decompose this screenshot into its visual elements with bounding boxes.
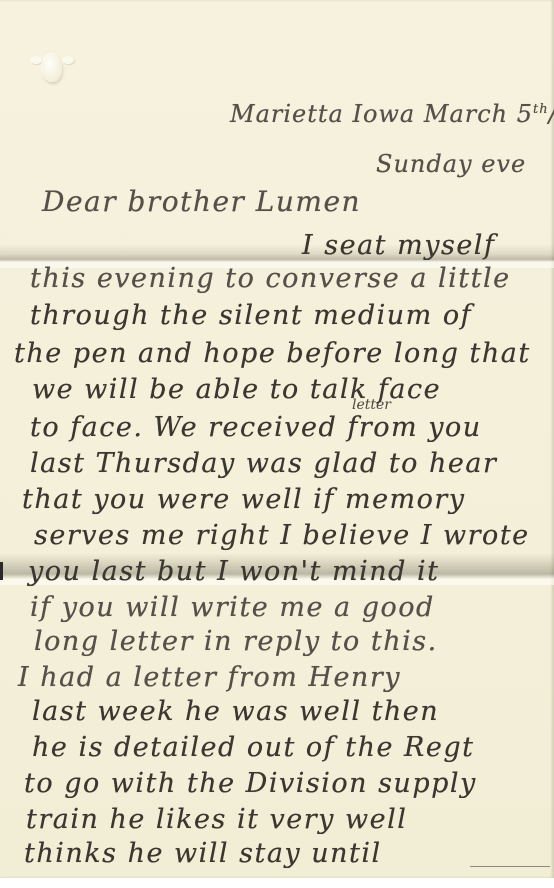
letter-line-12: long letter in reply to this. [34, 626, 438, 657]
letter-line-15: he is detailed out of the Regt [32, 732, 475, 763]
letter-line-10: you last but I won't mind it [28, 556, 439, 587]
letter-day: Sunday eve [376, 150, 526, 178]
emboss-core [42, 54, 62, 82]
letter-line-6-start: to face. We received [30, 412, 337, 443]
letter-line-18: thinks he will stay until [24, 838, 382, 869]
emboss-wing-right [62, 56, 74, 64]
letter-line-9: serves me right I believe I wrote [34, 520, 530, 551]
letter-line-11: if you will write me a good [30, 592, 435, 623]
letter-line-1: I seat myself [302, 230, 495, 261]
place-date-text: Marietta Iowa March 5 [230, 100, 533, 128]
letter-line-16: to go with the Division supply [24, 768, 477, 799]
underline-stroke [470, 866, 550, 867]
letter-line-6-end: from you [347, 412, 481, 443]
emboss-wing-left [30, 56, 42, 64]
embossed-stationery-crest-icon [30, 48, 74, 92]
letter-line-2: this evening to converse a little [30, 263, 511, 294]
date-year: /64 [549, 100, 554, 128]
letter-line-3: through the silent medium of [30, 300, 472, 331]
page-bottom-margin [0, 878, 554, 888]
letter-line-6: to face. We received from you [30, 412, 482, 443]
letter-line-13: I had a letter from Henry [18, 662, 401, 693]
letter-place-date: Marietta Iowa March 5th/64 [230, 100, 554, 128]
letter-line-17: train he likes it very well [26, 804, 407, 835]
paper-edge-mark [0, 562, 3, 580]
interlinear-insertion: letter [352, 397, 391, 413]
letter-line-8: that you were well if memory [22, 484, 466, 515]
letter-line-14: last week he was well then [32, 696, 439, 727]
letter-salutation: Dear brother Lumen [42, 185, 361, 218]
letter-line-4: the pen and hope before long that [14, 338, 531, 369]
letter-line-7: last Thursday was glad to hear [30, 448, 497, 479]
date-superscript: th [533, 102, 549, 117]
